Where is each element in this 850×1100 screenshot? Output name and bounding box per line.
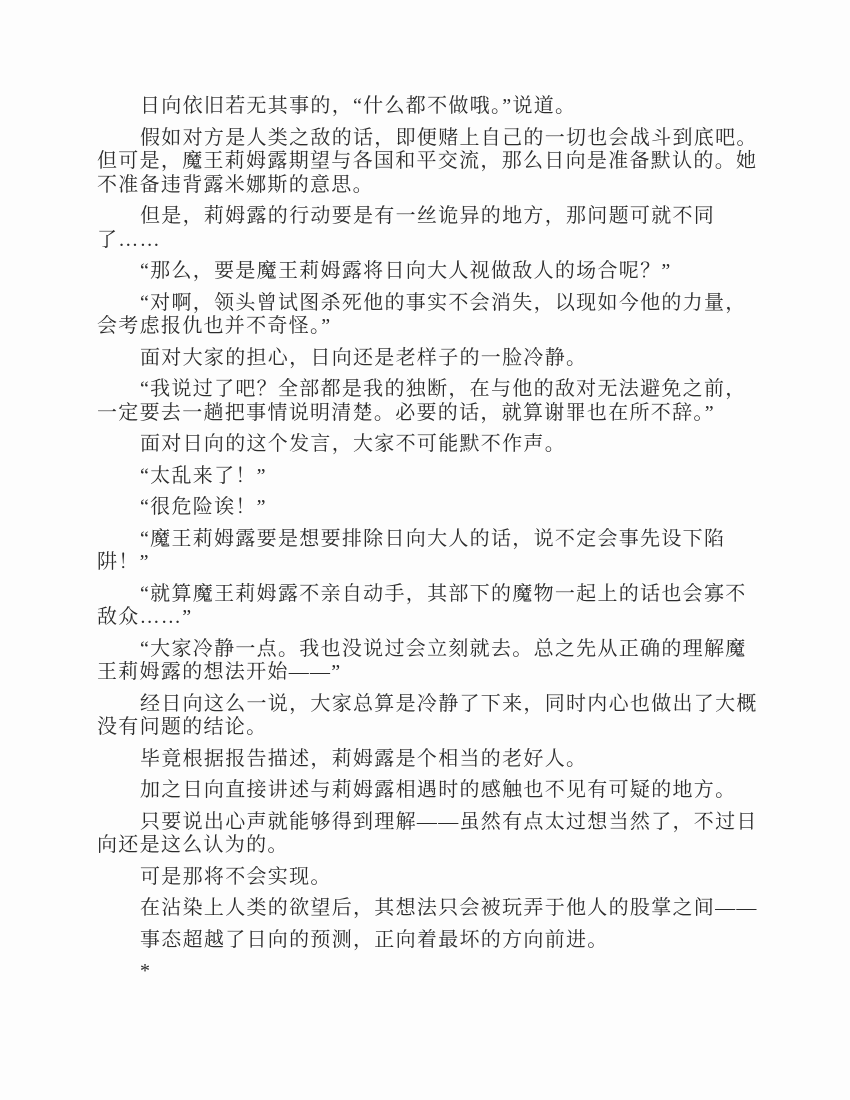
text-line: “我说过了吧？全部都是我的独断，在与他的敌对无法避免之前，	[97, 378, 762, 402]
text-line: 向还是这么认为的。	[97, 834, 762, 858]
text-line: 王莉姆露的想法开始——”	[97, 661, 762, 685]
paragraph: 面对日向的这个发言，大家不可能默不作声。	[97, 433, 762, 457]
paragraph: 经日向这么一说，大家总算是冷静了下来，同时内心也做出了大概没有问题的结论。	[97, 693, 762, 740]
text-line: 事态超越了日向的预测，正向着最坏的方向前进。	[97, 929, 762, 953]
text-line: 没有问题的结论。	[97, 716, 762, 740]
text-line: 可是那将不会实现。	[97, 866, 762, 890]
text-line: 只要说出心声就能够得到理解——虽然有点太过想当然了，不过日	[97, 811, 762, 835]
paragraph: “大家冷静一点。我也没说过会立刻就去。总之先从正确的理解魔王莉姆露的想法开始——…	[97, 638, 762, 685]
paragraph: 加之日向直接讲述与莉姆露相遇时的感触也不见有可疑的地方。	[97, 779, 762, 803]
text-line: 敌众……”	[97, 606, 762, 630]
text-line: “就算魔王莉姆露不亲自动手，其部下的魔物一起上的话也会寡不	[97, 583, 762, 607]
paragraph: “对啊，领头曾试图杀死他的事实不会消失，以现如今他的力量，会考虑报仇也并不奇怪。…	[97, 292, 762, 339]
text-line: “那么，要是魔王莉姆露将日向大人视做敌人的场合呢？”	[97, 260, 762, 284]
body-text: 日向依旧若无其事的，“什么都不做哦。”说道。假如对方是人类之敌的话，即便赌上自己…	[97, 95, 762, 984]
text-line: 会考虑报仇也并不奇怪。”	[97, 315, 762, 339]
paragraph: 假如对方是人类之敌的话，即便赌上自己的一切也会战斗到底吧。但可是，魔王莉姆露期望…	[97, 127, 762, 198]
paragraph: 事态超越了日向的预测，正向着最坏的方向前进。	[97, 929, 762, 953]
text-line: “大家冷静一点。我也没说过会立刻就去。总之先从正确的理解魔	[97, 638, 762, 662]
paragraph: 毕竟根据报告描述，莉姆露是个相当的老好人。	[97, 748, 762, 772]
text-line: 了……	[97, 229, 762, 253]
paragraph: 日向依旧若无其事的，“什么都不做哦。”说道。	[97, 95, 762, 119]
text-line: “太乱来了！”	[97, 465, 762, 489]
text-line: 不准备违背露米娜斯的意思。	[97, 174, 762, 198]
text-line: 但是，莉姆露的行动要是有一丝诡异的地方，那问题可就不同	[97, 205, 762, 229]
text-line: 一定要去一趟把事情说明清楚。必要的话，就算谢罪也在所不辞。”	[97, 402, 762, 426]
text-line: “很危险诶！”	[97, 496, 762, 520]
text-line: 假如对方是人类之敌的话，即便赌上自己的一切也会战斗到底吧。	[97, 127, 762, 151]
text-line: “魔王莉姆露要是想要排除日向大人的话，说不定会事先设下陷	[97, 528, 762, 552]
paragraph: 可是那将不会实现。	[97, 866, 762, 890]
text-line: 面对日向的这个发言，大家不可能默不作声。	[97, 433, 762, 457]
text-line: 面对大家的担心，日向还是老样子的一脸冷静。	[97, 347, 762, 371]
text-line: 经日向这么一说，大家总算是冷静了下来，同时内心也做出了大概	[97, 693, 762, 717]
paragraph: “很危险诶！”	[97, 496, 762, 520]
text-line: 日向依旧若无其事的，“什么都不做哦。”说道。	[97, 95, 762, 119]
text-line: *	[97, 960, 762, 984]
text-line: 毕竟根据报告描述，莉姆露是个相当的老好人。	[97, 748, 762, 772]
paragraph: 面对大家的担心，日向还是老样子的一脸冷静。	[97, 347, 762, 371]
paragraph: “那么，要是魔王莉姆露将日向大人视做敌人的场合呢？”	[97, 260, 762, 284]
book-page: 日向依旧若无其事的，“什么都不做哦。”说道。假如对方是人类之敌的话，即便赌上自己…	[0, 0, 850, 1100]
text-line: 但可是，魔王莉姆露期望与各国和平交流，那么日向是准备默认的。她	[97, 150, 762, 174]
text-line: 加之日向直接讲述与莉姆露相遇时的感触也不见有可疑的地方。	[97, 779, 762, 803]
paragraph: 在沾染上人类的欲望后，其想法只会被玩弄于他人的股掌之间——	[97, 897, 762, 921]
paragraph: “我说过了吧？全部都是我的独断，在与他的敌对无法避免之前，一定要去一趟把事情说明…	[97, 378, 762, 425]
paragraph: 但是，莉姆露的行动要是有一丝诡异的地方，那问题可就不同了……	[97, 205, 762, 252]
paragraph: “太乱来了！”	[97, 465, 762, 489]
text-line: “对啊，领头曾试图杀死他的事实不会消失，以现如今他的力量，	[97, 292, 762, 316]
paragraph: “就算魔王莉姆露不亲自动手，其部下的魔物一起上的话也会寡不敌众……”	[97, 583, 762, 630]
paragraph: “魔王莉姆露要是想要排除日向大人的话，说不定会事先设下陷阱！”	[97, 528, 762, 575]
paragraph: *	[97, 960, 762, 984]
text-line: 在沾染上人类的欲望后，其想法只会被玩弄于他人的股掌之间——	[97, 897, 762, 921]
text-line: 阱！”	[97, 551, 762, 575]
paragraph: 只要说出心声就能够得到理解——虽然有点太过想当然了，不过日向还是这么认为的。	[97, 811, 762, 858]
